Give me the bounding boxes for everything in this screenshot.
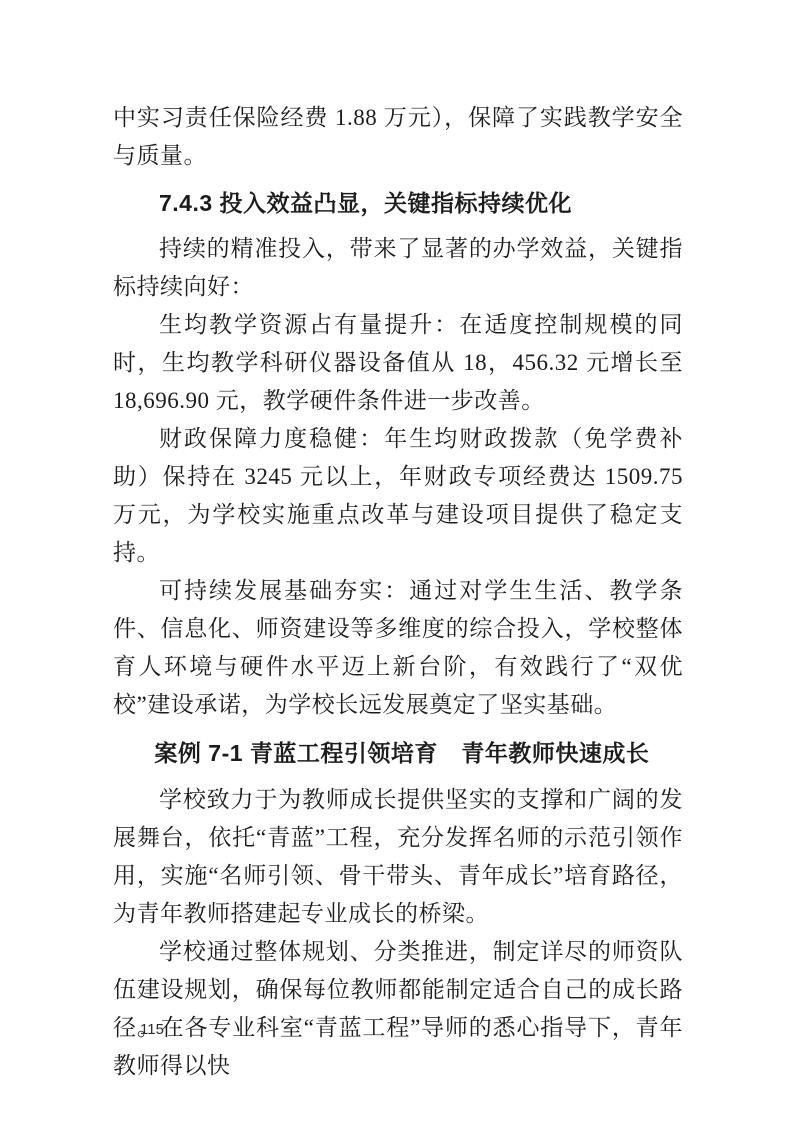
paragraph: 学校通过整体规划、分类推进，制定详尽的师资队伍建设规划，确保每位教师都能制定适合… bbox=[113, 933, 683, 1085]
case-heading-7-1: 案例 7-1 青蓝工程引领培育 青年教师快速成长 bbox=[113, 734, 683, 772]
paragraph: 财政保障力度稳健：年生均财政拨款（免学费补助）保持在 3245 元以上，年财政专… bbox=[113, 420, 683, 572]
document-page: 中实习责任保险经费 1.88 万元），保障了实践教学安全与质量。 7.4.3 投… bbox=[0, 0, 794, 1123]
section-heading-7-4-3: 7.4.3 投入效益凸显，关键指标持续优化 bbox=[113, 184, 683, 222]
paragraph-continuation: 中实习责任保险经费 1.88 万元），保障了实践教学安全与质量。 bbox=[113, 99, 683, 175]
paragraph: 学校致力于为教师成长提供坚实的支撑和广阔的发展舞台，依托“青蓝”工程，充分发挥名… bbox=[113, 781, 683, 933]
paragraph: 持续的精准投入，带来了显著的办学效益，关键指标持续向好： bbox=[113, 230, 683, 306]
paragraph: 可持续发展基础夯实：通过对学生生活、教学条件、信息化、师资建设等多维度的综合投入… bbox=[113, 572, 683, 724]
page-number: 115 bbox=[140, 1020, 164, 1040]
paragraph: 生均教学资源占有量提升：在适度控制规模的同时，生均教学科研仪器设备值从 18，4… bbox=[113, 306, 683, 420]
page-body-text: 中实习责任保险经费 1.88 万元），保障了实践教学安全与质量。 7.4.3 投… bbox=[113, 99, 683, 1085]
